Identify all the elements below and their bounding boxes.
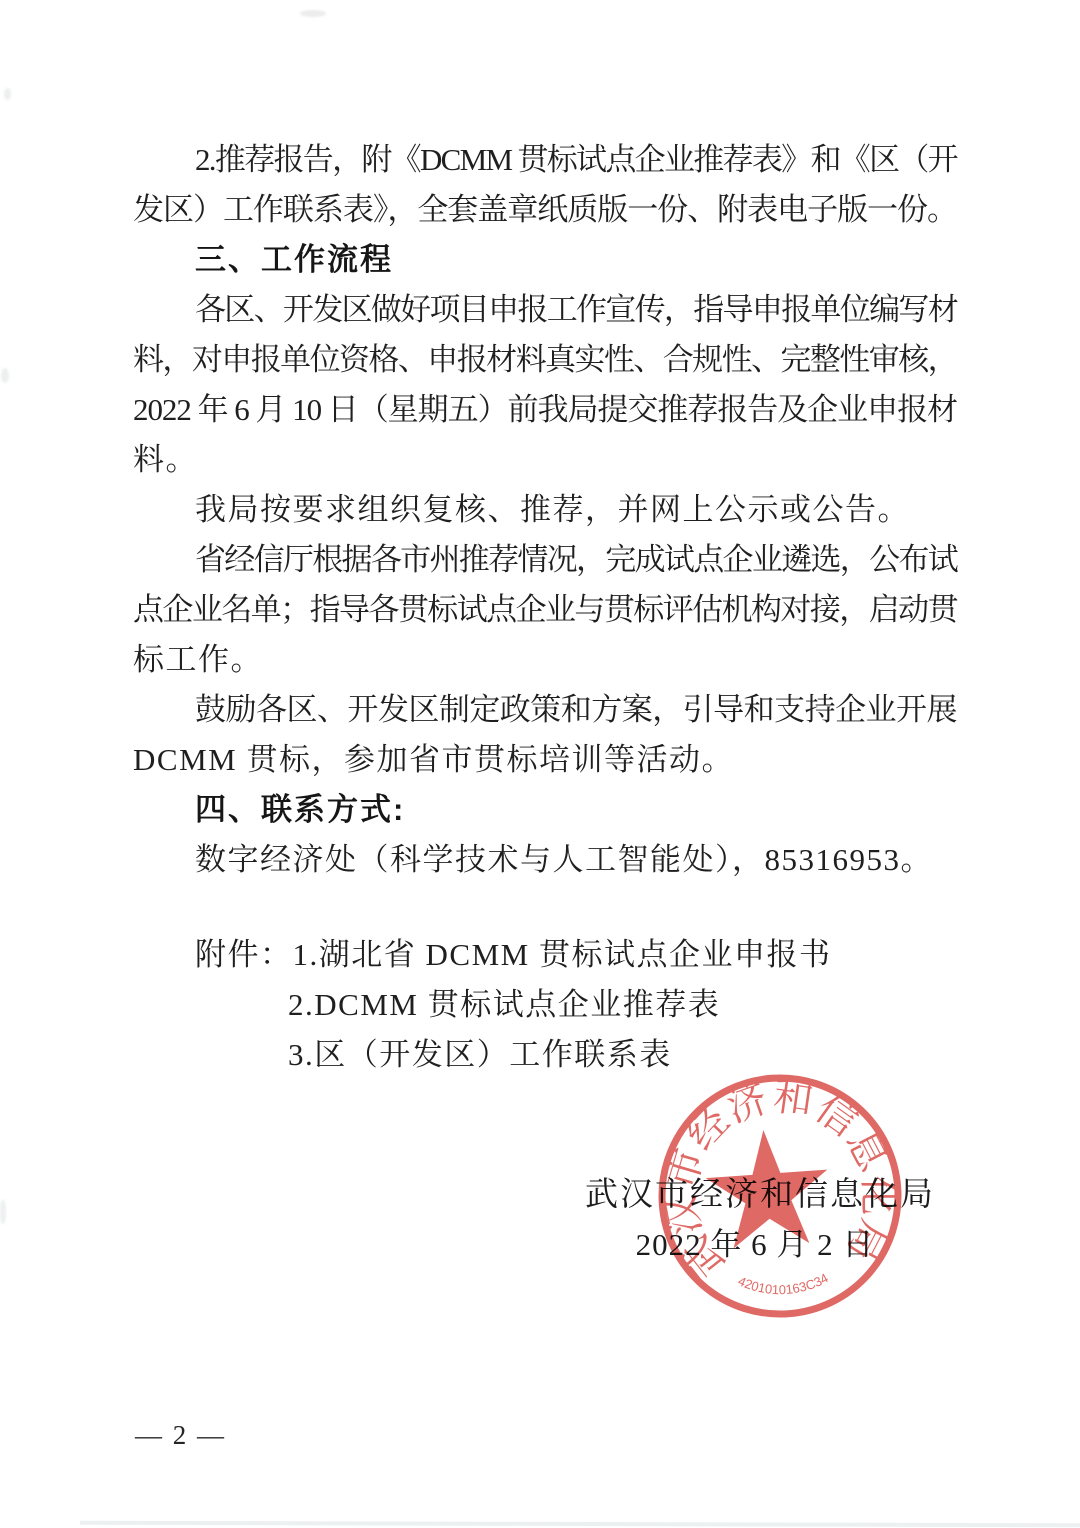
scan-artifact [0, 1200, 6, 1224]
section-heading-contact: 四、联系方式: [195, 785, 957, 835]
page-number: — 2 — [135, 1420, 226, 1451]
body-line: 标工作。 [133, 635, 957, 685]
attachments-label: 附件： [195, 930, 293, 980]
body-line: 鼓励各区、开发区制定政策和方案，引导和支持企业开展 [195, 685, 957, 735]
body-line: 点企业名单；指导各贯标试点企业与贯标评估机构对接，启动贯 [133, 585, 957, 635]
document-page: 2.推荐报告，附《DCMM 贯标试点企业推荐表》和《区（开 发区）工作联系表》，… [0, 0, 1080, 1528]
official-seal: 武汉市经济和信息化局 4201010163C34 [630, 1050, 930, 1330]
body-line: 料。 [133, 435, 957, 485]
document-body: 2.推荐报告，附《DCMM 贯标试点企业推荐表》和《区（开 发区）工作联系表》，… [133, 135, 957, 1080]
attachment-item: 1.湖北省 DCMM 贯标试点企业申报书 [293, 937, 832, 972]
body-line: 料，对申报单位资格、申报材料真实性、合规性、完整性审核， [133, 335, 957, 385]
body-line: 发区）工作联系表》，全套盖章纸质版一份、附表电子版一份。 [133, 185, 957, 235]
seal-code-text: 4201010163C34 [735, 1267, 832, 1300]
body-line: 2.推荐报告，附《DCMM 贯标试点企业推荐表》和《区（开 [195, 135, 957, 185]
body-line: 我局按要求组织复核、推荐，并网上公示或公告。 [195, 485, 957, 535]
scan-artifact [300, 10, 326, 17]
body-line: 各区、开发区做好项目申报工作宣传，指导申报单位编写材 [195, 285, 957, 335]
scan-artifact [80, 1521, 1080, 1528]
body-line: 省经信厅根据各市州推荐情况，完成试点企业遴选，公布试 [195, 535, 957, 585]
attachment-item: 2.DCMM 贯标试点企业推荐表 [288, 980, 957, 1030]
scan-artifact [1, 368, 9, 383]
attachment-line: 附件：1.湖北省 DCMM 贯标试点企业申报书 [195, 930, 957, 980]
body-line: 2022 年 6 月 10 日（星期五）前我局提交推荐报告及企业申报材 [133, 385, 957, 435]
body-line: 数字经济处（科学技术与人工智能处），85316953。 [195, 835, 957, 885]
section-heading-workflow: 三、工作流程 [195, 235, 957, 285]
scan-artifact [4, 88, 11, 100]
body-line: DCMM 贯标，参加省市贯标培训等活动。 [133, 735, 957, 785]
